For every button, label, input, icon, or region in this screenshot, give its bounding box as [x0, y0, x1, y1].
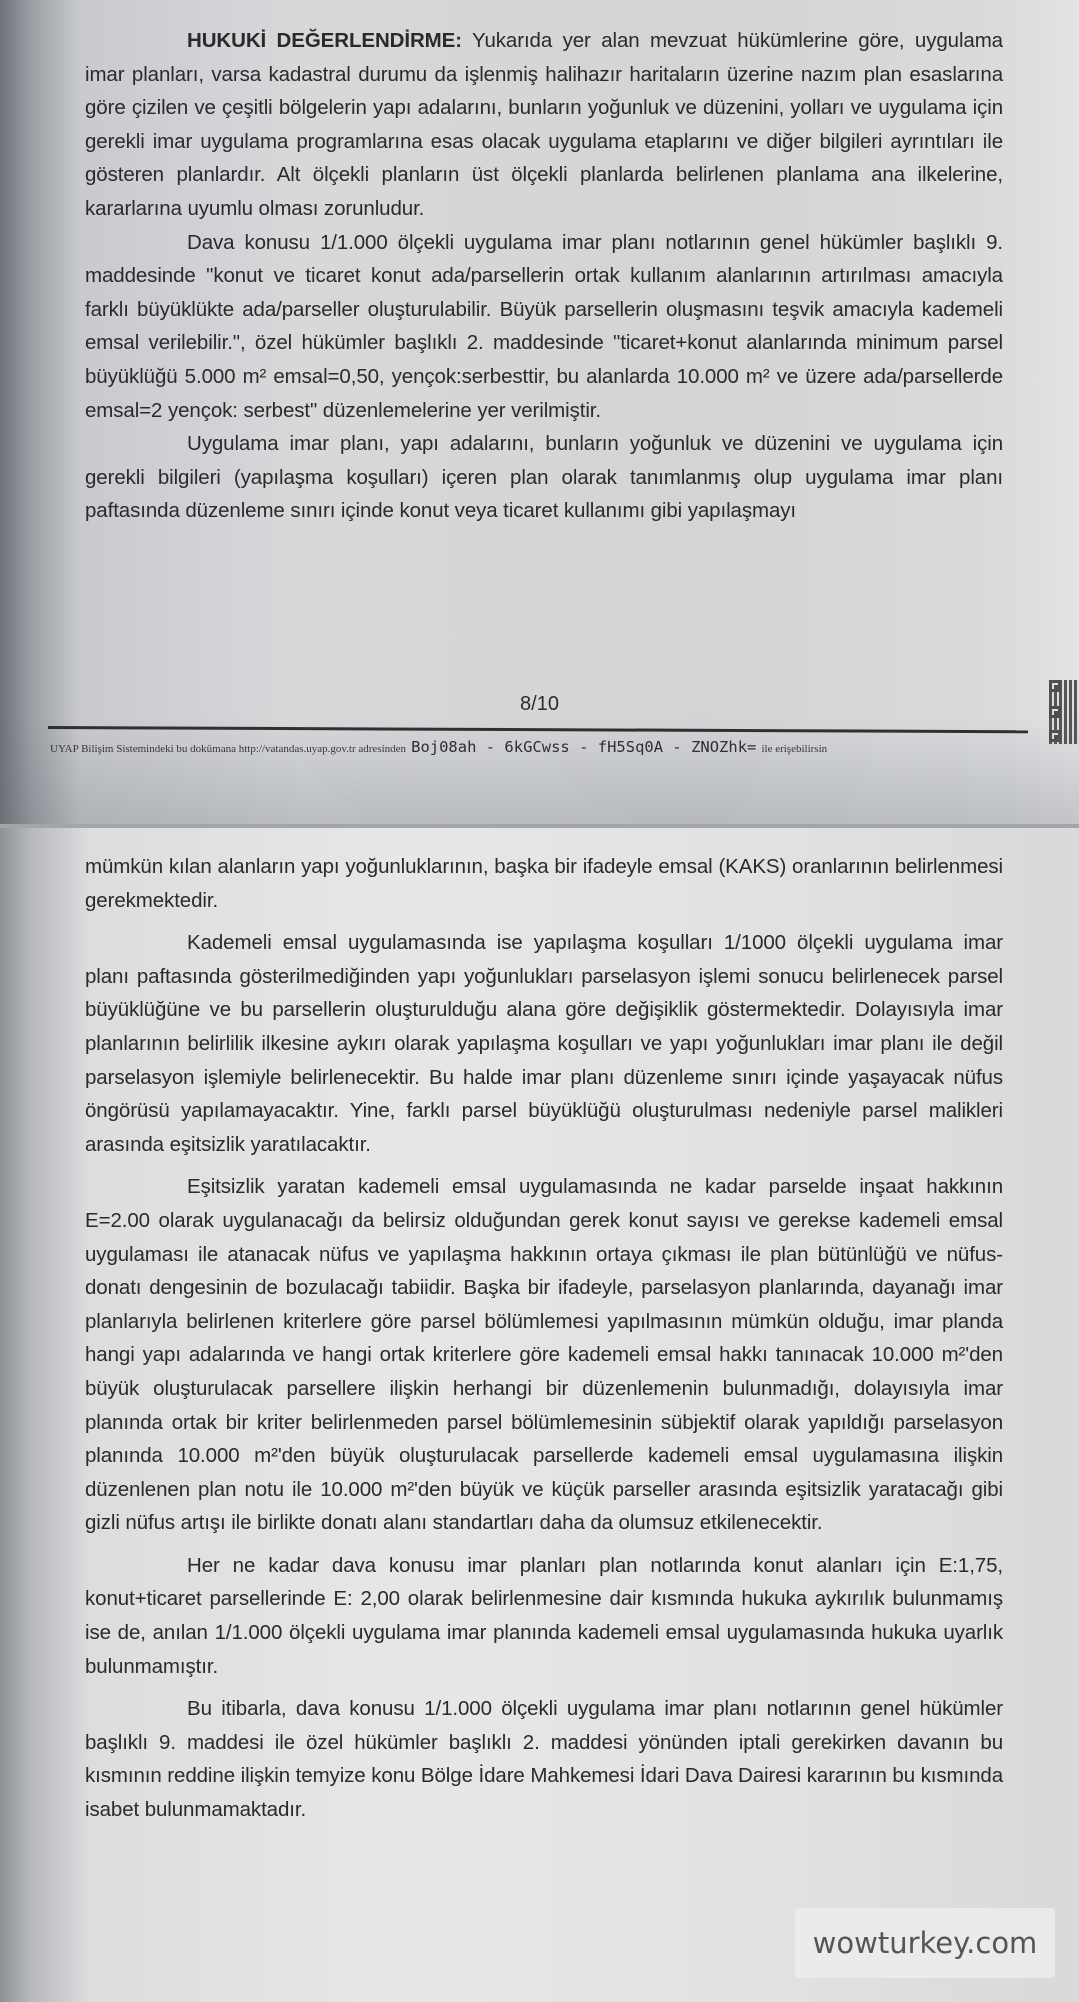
qr-finder-icon — [1049, 680, 1061, 692]
page-number: 8/10 — [0, 693, 1079, 716]
document-page-top: HUKUKİ DEĞERLENDİRME: Yukarıda yer alan … — [0, 0, 1079, 826]
watermark-label: wowturkey.com — [795, 1908, 1055, 1978]
paragraph-plan-notes: Dava konusu 1/1.000 ölçekli uygulama ima… — [85, 226, 1003, 428]
paragraph-conclusion: Bu itibarla, dava konusu 1/1.000 ölçekli… — [85, 1692, 1003, 1826]
footer-divider — [48, 726, 1028, 733]
qr-code-icon — [1049, 680, 1079, 744]
document-access-code: Boj08ah - 6kGCwss - fH5Sq0A - ZNOZhk= — [411, 738, 756, 756]
document-page-bottom: mümkün kılan alanların yapı yoğunlukları… — [0, 828, 1079, 2002]
uyap-footer: UYAP Bilişim Sistemindeki bu dokümana ht… — [50, 738, 1040, 756]
paragraph-inequality: Eşitsizlik yaratan kademeli emsal uygula… — [85, 1170, 1003, 1540]
qr-finder-icon — [1049, 706, 1061, 718]
paragraph-graded-emsal: Kademeli emsal uygulamasında ise yapılaş… — [85, 926, 1003, 1161]
legal-text-top: HUKUKİ DEĞERLENDİRME: Yukarıda yer alan … — [85, 24, 1003, 528]
section-heading: HUKUKİ DEĞERLENDİRME: — [187, 29, 462, 52]
paragraph-emsal-values: Her ne kadar dava konusu imar planları p… — [85, 1549, 1003, 1683]
qr-finder-icon — [1049, 730, 1061, 742]
footer-suffix: ile erişebilirsin — [761, 743, 827, 755]
paragraph-application-plan: Uygulama imar planı, yapı adalarını, bun… — [85, 427, 1003, 528]
paragraph-legal-assessment: HUKUKİ DEĞERLENDİRME: Yukarıda yer alan … — [85, 24, 1003, 226]
paragraph-continuation: mümkün kılan alanların yapı yoğunlukları… — [85, 850, 1003, 917]
footer-prefix: UYAP Bilişim Sistemindeki bu dokümana ht… — [50, 743, 406, 755]
legal-text-bottom: mümkün kılan alanların yapı yoğunlukları… — [85, 850, 1003, 1827]
